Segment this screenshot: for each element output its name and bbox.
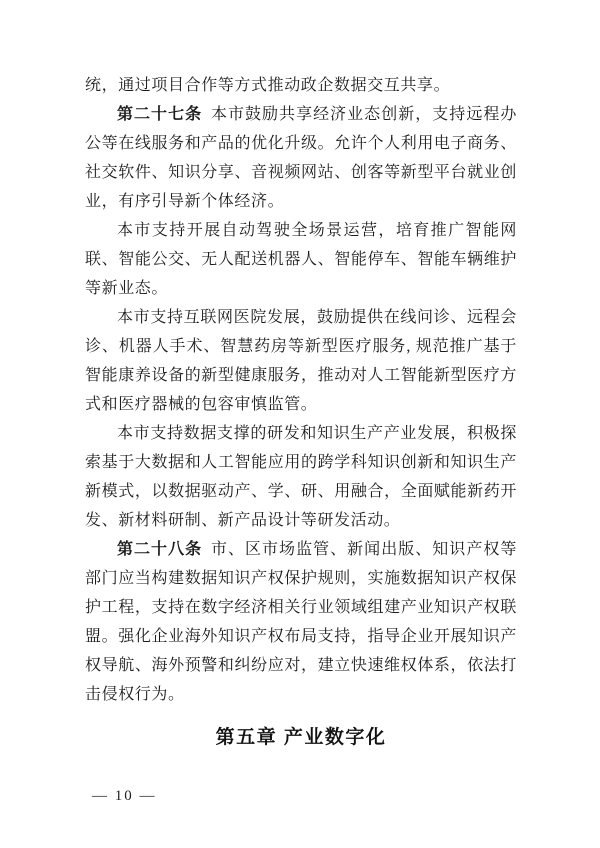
paragraph: 第二十七条本市鼓励共享经济业态创新，支持远程办公等在线服务和产品的优化升级。允许…: [85, 100, 517, 216]
paragraph: 第二十八条市、区市场监管、新闻出版、知识产权等部门应当构建数据知识产权保护规则，…: [85, 535, 517, 709]
chapter-heading: 第五章 产业数字化: [85, 722, 517, 749]
article-number: 第二十八条: [117, 541, 202, 558]
paragraph: 本市支持开展自动驾驶全场景运营，培育推广智能网联、智能公交、无人配送机器人、智能…: [85, 216, 517, 303]
document-page: 统，通过项目合作等方式推动政企数据交互共享。第二十七条本市鼓励共享经济业态创新，…: [0, 0, 600, 848]
paragraph: 本市支持互联网医院发展，鼓励提供在线问诊、远程会诊、机器人手术、智慧药房等新型医…: [85, 303, 517, 419]
document-body: 统，通过项目合作等方式推动政企数据交互共享。第二十七条本市鼓励共享经济业态创新，…: [85, 71, 517, 709]
paragraph: 统，通过项目合作等方式推动政企数据交互共享。: [85, 71, 517, 100]
page-number: — 10 —: [92, 788, 157, 805]
article-number: 第二十七条: [117, 106, 202, 123]
paragraph: 本市支持数据支撑的研发和知识生产产业发展，积极探索基于大数据和人工智能应用的跨学…: [85, 419, 517, 535]
